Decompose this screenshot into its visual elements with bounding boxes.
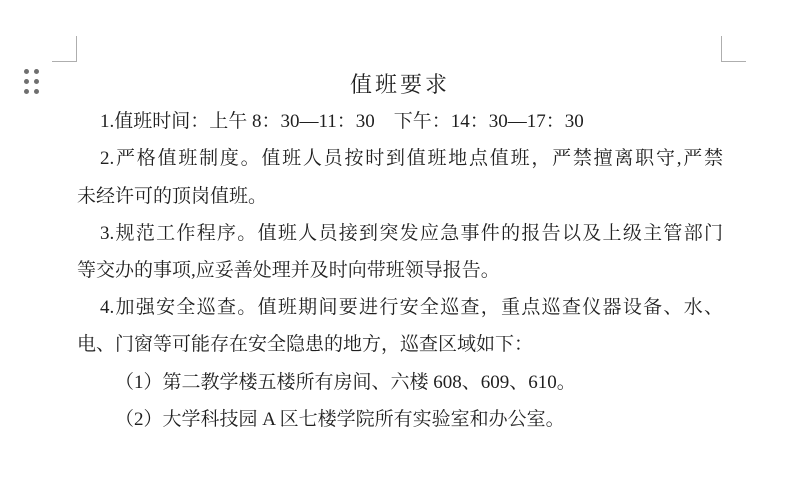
paragraph-4-line-2[interactable]: 电、门窗等可能存在安全隐患的地方，巡查区域如下：	[77, 326, 723, 363]
list-item-1[interactable]: （1）第二教学楼五楼所有房间、六楼 608、609、610。	[77, 364, 723, 401]
paragraph-2-line-1[interactable]: 2.严格值班制度。值班人员按时到值班地点值班，严禁擅离职守,严禁	[77, 140, 723, 177]
paragraph-4-line-1[interactable]: 4.加强安全巡查。值班期间要进行安全巡查，重点巡查仪器设备、水、	[77, 289, 723, 326]
margin-crop-mark-top-left-icon	[52, 36, 77, 62]
list-item-2[interactable]: （2）大学科技园 A 区七楼学院所有实验室和办公室。	[77, 401, 723, 438]
document-body: 值班要求 1.值班时间：上午 8：30—11：30 下午：14：30—17：30…	[77, 66, 723, 438]
document-canvas[interactable]: 值班要求 1.值班时间：上午 8：30—11：30 下午：14：30—17：30…	[0, 0, 808, 497]
drag-handle-icon[interactable]	[24, 69, 39, 94]
document-title[interactable]: 值班要求	[77, 66, 723, 103]
paragraph-2-line-2[interactable]: 未经许可的顶岗值班。	[77, 178, 723, 215]
paragraph-3-line-1[interactable]: 3.规范工作程序。值班人员接到突发应急事件的报告以及上级主管部门	[77, 215, 723, 252]
paragraph-3-line-2[interactable]: 等交办的事项,应妥善处理并及时向带班领导报告。	[77, 252, 723, 289]
margin-crop-mark-top-right-icon	[721, 36, 746, 62]
paragraph-1-line-1[interactable]: 1.值班时间：上午 8：30—11：30 下午：14：30—17：30	[77, 103, 723, 140]
